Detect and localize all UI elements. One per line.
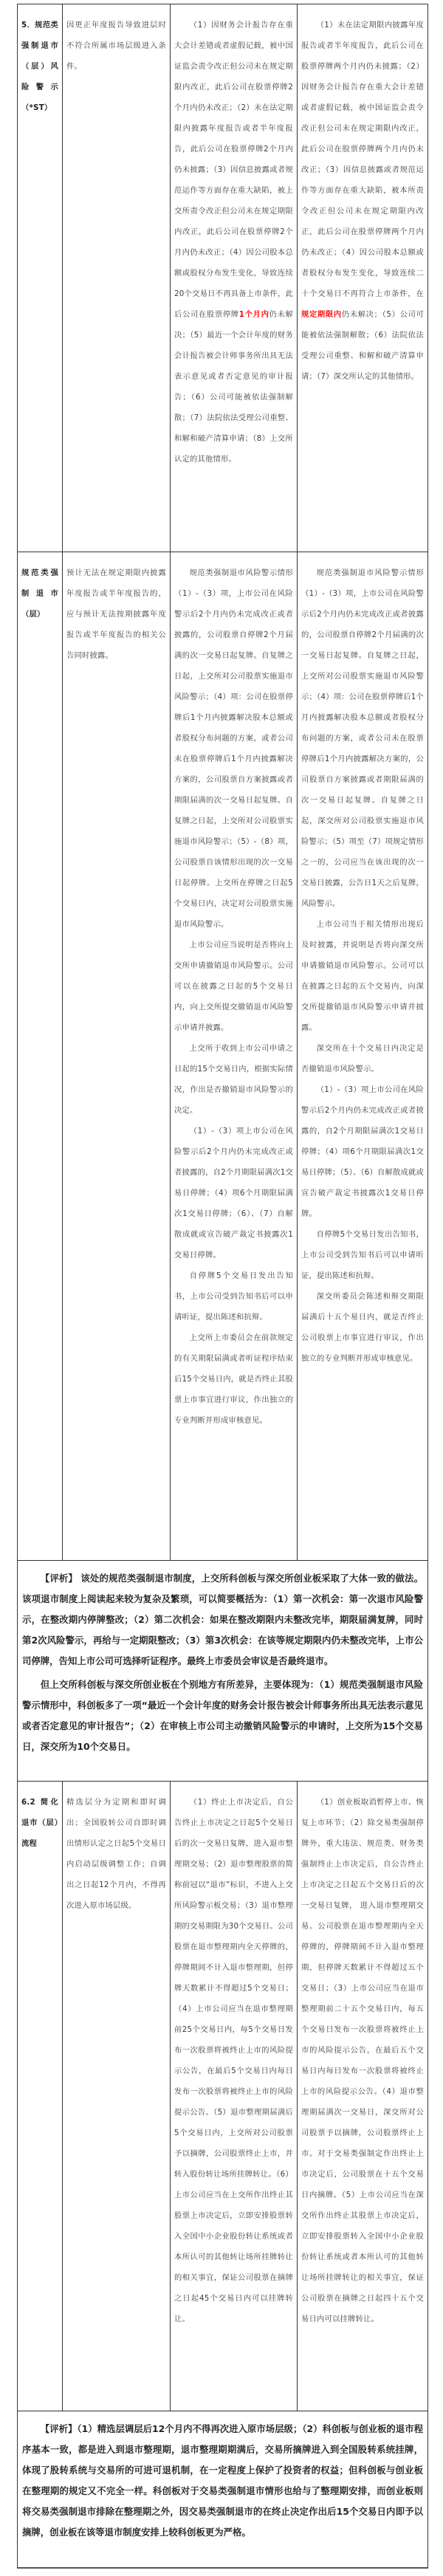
paragraph: （1）创业板取消暂停上市、恢复上市环节；（2）除交易类强制停牌外，重大违法、规范…	[301, 1792, 424, 2329]
paragraph: 上交所于收到上市公司申请之日起的15个交易日内，根据实际情况，作出是否撤销退市风…	[174, 1038, 293, 1121]
star-market-cell: 规范类强制退市风险警示情形（1）-（3）项，上市公司在风险警示后2个月内仍未完成…	[171, 552, 298, 1560]
row-label: 5．规范类强制退市（层）风险警示（*ST）	[18, 4, 63, 552]
paragraph: 自停牌5个交易日发出告知书，上市公司受到告知书后可以申请听证，提出陈述和抗辩。	[301, 1224, 424, 1286]
highlight-text: 规定期限内	[301, 310, 342, 319]
paragraph: （1）-（3）项上市公司在风险警示后2个月内仍未完成改正或者披露的，自2个月期限…	[301, 1079, 424, 1224]
star-text-b: 仍未解决；（5）最近一个会计年度的财务会计报告被会计师事务所出具无法表示意见或者…	[174, 310, 293, 464]
gem-cell: 规范类强制退市风险警示情形（1）-（3）项，上市公司在风险警示后2个月内仍未完成…	[298, 552, 427, 1560]
highlight-text: 1个月内	[239, 310, 269, 319]
table-row-simplified-process: 6.2 简化退市（层）流程 精选层分为定期和即时调出；全国股转公司自即时调出情形…	[18, 1781, 427, 2411]
comment-paragraph: 但上交所科创板与深交所创业板在个别地方有所差异，主要体现为：（1）规范类强制退市…	[22, 1675, 423, 1757]
neeq-cell: 因更正年度报告导致进层时不符合所属市场层级进入条件。	[63, 4, 171, 552]
row-label: 规范类强制退市（层）	[18, 552, 63, 1560]
star-text-a: （1）因财务会计报告存在重大会计差错或者虚假记载，被中国证监会责令改正但公司未在…	[174, 21, 293, 319]
comparison-table: 5．规范类强制退市（层）风险警示（*ST） 因更正年度报告导致进层时不符合所属市…	[17, 4, 428, 2569]
analysis-comment: 【评析】 该处的规范类强制退市制度，上交所科创板与深交所创业板采取了大体一致的做…	[18, 1560, 427, 1781]
comment-paragraph: 【评析】（1）精选层调层后12个月内不得再次进入原市场层级；（2）科创板与创业板…	[22, 2419, 423, 2543]
paragraph: 上市公司当于相关情形出现后及时披露，并说明是否将向深交所申请撤销退市风险警示。公…	[301, 914, 424, 1038]
paragraph: 深交所在十个交易日内决定是否撤销退市风险警示。	[301, 1038, 424, 1079]
paragraph: 上交所上市委员会在前款规定的有关期限届满或者听证程序结束后15个交易日内，就是否…	[174, 1328, 293, 1431]
paragraph: 自停牌5个交易日发出告知书，上市公司受到告知书后可以申请听证，提出陈述和抗辩。	[174, 1265, 293, 1328]
gem-text-a: （1）未在法定期限内披露年度报告或者半年度报告，此后公司在股票停牌两个月内仍未披…	[301, 21, 424, 298]
comment-paragraph: 【评析】 该处的规范类强制退市制度，上交所科创板与深交所创业板采取了大体一致的做…	[22, 1568, 423, 1672]
star-market-cell: （1）因财务会计报告存在重大会计差错或者虚假记载，被中国证监会责令改正但公司未在…	[171, 4, 298, 552]
table-row-compulsory-delisting: 规范类强制退市（层） 预计无法在规定期限内披露年度报告或半年度报告的，应与预计无…	[18, 552, 427, 1560]
row-label: 6.2 简化退市（层）流程	[18, 1782, 63, 2411]
paragraph: 规范类强制退市风险警示情形（1）-（3）项，上市公司在风险警示后2个月内仍未完成…	[301, 563, 424, 914]
neeq-cell: 精选层分为定期和即时调出；全国股转公司自即时调出情形认定之日起5个交易日内启动层…	[63, 1782, 171, 2411]
paragraph: 上市公司应当说明是否将向上交所申请撤销退市风险警示。公司可以在披露之日起的5个交…	[174, 935, 293, 1038]
paragraph: 规范类强制退市风险警示情形（1）-（3）项，上市公司在风险警示后2个月内仍未完成…	[174, 563, 293, 935]
neeq-cell: 预计无法在规定期限内披露年度报告或半年度报告的，应与预计无法按期披露年度报告或半…	[63, 552, 171, 1560]
gem-text-b: 仍未解决；（5）公司可能被依法强制解散；（6）法院依法受理公司重整、和解和破产清…	[301, 310, 424, 381]
gem-cell: （1）创业板取消暂停上市、恢复上市环节；（2）除交易类强制停牌外，重大违法、规范…	[298, 1782, 427, 2411]
paragraph: 深交所委员会陈述和辩交期限届满后十五个易日内，就是否终止公司股票上市事宜进行审议…	[301, 1286, 424, 1369]
paragraph: （1）-（3）项上市公司在风险警示后2个月内仍未完成改正或者披露的，自2个月期限…	[174, 1121, 293, 1265]
analysis-comment: 【评析】（1）精选层调层后12个月内不得再次进入原市场层级；（2）科创板与创业板…	[18, 2411, 427, 2567]
star-market-cell: （1）终止上市决定后，自公告终止上市决定之日起5个交易日后的次一交易日复牌，进入…	[171, 1782, 298, 2411]
table-row-st-warning: 5．规范类强制退市（层）风险警示（*ST） 因更正年度报告导致进层时不符合所属市…	[18, 4, 427, 552]
gem-cell: （1）未在法定期限内披露年度报告或者半年度报告，此后公司在股票停牌两个月内仍未披…	[298, 4, 427, 552]
paragraph: （1）终止上市决定后，自公告终止上市决定之日起5个交易日后的次一交易日复牌，进入…	[174, 1792, 293, 2329]
